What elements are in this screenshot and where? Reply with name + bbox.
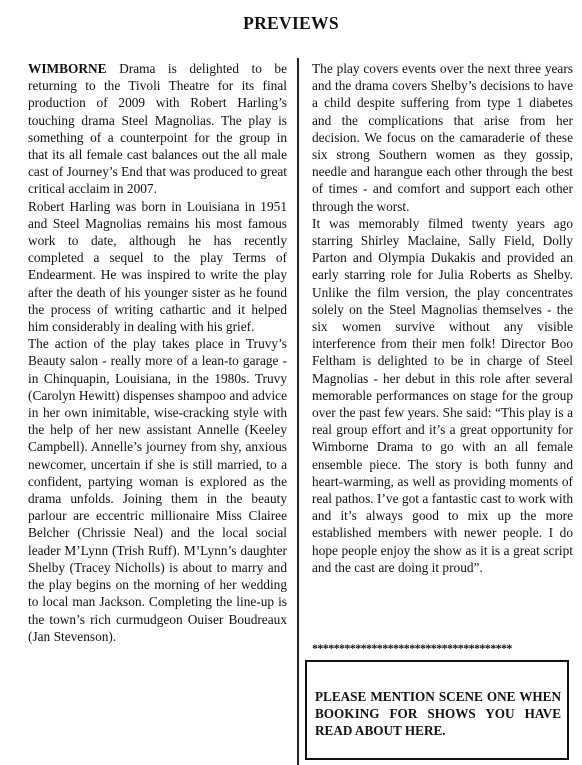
booking-notice-text: PLEASE MENTION SCENE ONE WHEN BOOKING FO… [315,688,561,739]
article-lead-word: WIMBORNE [28,61,107,76]
article-paragraph: Robert Harling was born in Louisiana in … [28,198,287,336]
column-divider [297,58,299,765]
article-left-column: WIMBORNE Drama is delighted to be return… [28,60,287,645]
article-right-column: The play covers events over the next thr… [312,60,573,576]
article-paragraph: The play covers events over the next thr… [312,60,573,215]
article-paragraph: It was memorably filmed twenty years ago… [312,215,573,576]
article-paragraph: The action of the play takes place in Tr… [28,335,287,645]
asterisk-separator: ************************************* [312,641,573,656]
article-paragraph-text: Drama is delighted to be returning to th… [28,61,287,196]
booking-notice-box: PLEASE MENTION SCENE ONE WHEN BOOKING FO… [305,660,569,760]
page-title: PREVIEWS [0,13,582,34]
article-paragraph: WIMBORNE Drama is delighted to be return… [28,60,287,198]
